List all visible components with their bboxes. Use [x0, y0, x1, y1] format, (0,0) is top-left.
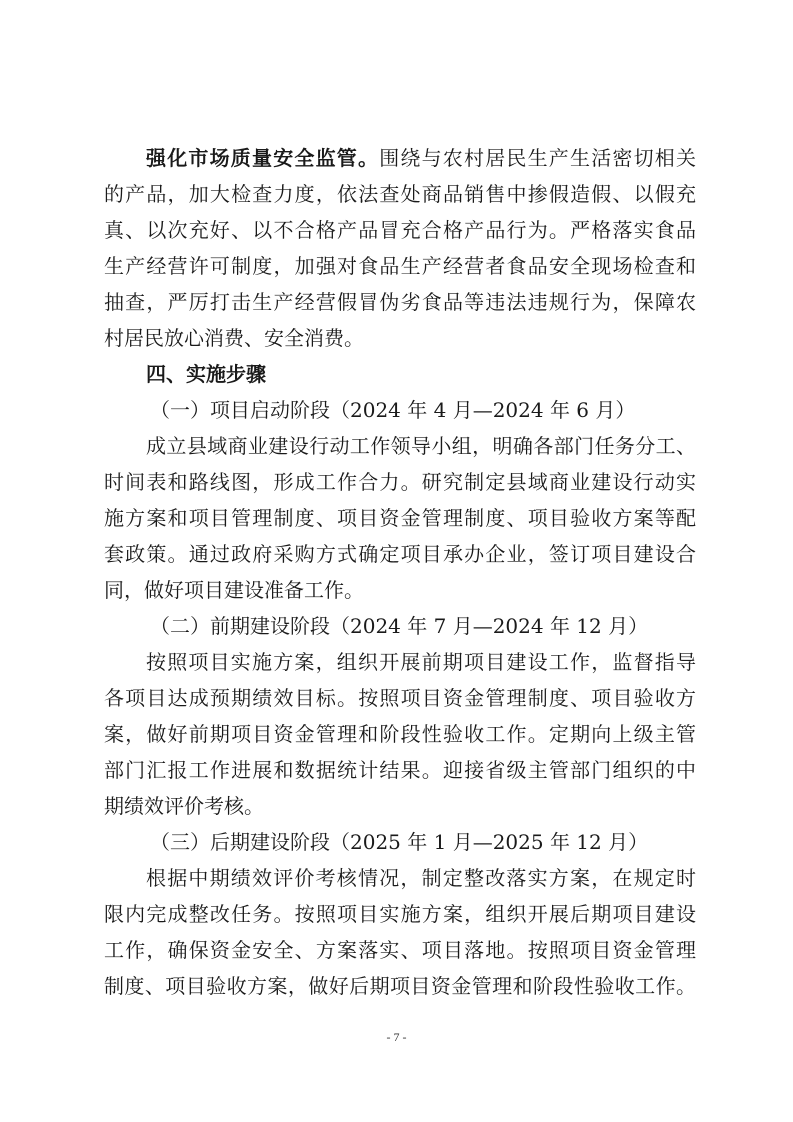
paragraph-line: 时间表和路线图，形成工作合力。研究制定县域商业建设行动实	[104, 464, 696, 500]
paragraph-line: 同，做好项目建设准备工作。	[104, 572, 696, 608]
paragraph-line: 工作，确保资金安全、方案落实、项目落地。按照项目资金管理	[104, 932, 696, 968]
paragraph-line: 的产品，加大检查力度，依法查处商品销售中掺假造假、以假充	[104, 176, 696, 212]
paragraph-line: 套政策。通过政府采购方式确定项目承办企业，签订项目建设合	[104, 536, 696, 572]
paragraph-line: 施方案和项目管理制度、项目资金管理制度、项目验收方案等配	[104, 500, 696, 536]
document-page: 强化市场质量安全监管。围绕与农村居民生产生活密切相关 的产品，加大检查力度，依法…	[0, 0, 793, 1122]
phase-heading: （一）项目启动阶段（2024 年 4 月—2024 年 6 月）	[150, 392, 670, 428]
paragraph-line: 真、以次充好、以不合格产品冒充合格产品行为。严格落实食品	[104, 212, 696, 248]
phase-heading: （二）前期建设阶段（2024 年 7 月—2024 年 12 月）	[150, 608, 670, 644]
paragraph-line: 部门汇报工作进展和数据统计结果。迎接省级主管部门组织的中	[104, 752, 696, 788]
paragraph-line: 强化市场质量安全监管。围绕与农村居民生产生活密切相关	[146, 140, 696, 176]
paragraph-line: 生产经营许可制度，加强对食品生产经营者食品安全现场检查和	[104, 248, 696, 284]
paragraph-line: 村居民放心消费、安全消费。	[104, 320, 696, 356]
section-heading: 四、实施步骤	[146, 356, 696, 392]
paragraph-line: 按照项目实施方案，组织开展前期项目建设工作，监督指导	[146, 644, 696, 680]
paragraph-text: 围绕与农村居民生产生活密切相关	[379, 146, 696, 170]
paragraph-line: 抽查，严厉打击生产经营假冒伪劣食品等违法违规行为，保障农	[104, 284, 696, 320]
paragraph-line: 各项目达成预期绩效目标。按照项目资金管理制度、项目验收方	[104, 680, 696, 716]
paragraph-line: 限内完成整改任务。按照项目实施方案，组织开展后期项目建设	[104, 896, 696, 932]
phase-heading: （三）后期建设阶段（2025 年 1 月—2025 年 12 月）	[150, 824, 670, 860]
paragraph-line: 案，做好前期项目资金管理和阶段性验收工作。定期向上级主管	[104, 716, 696, 752]
paragraph-line: 期绩效评价考核。	[104, 788, 696, 824]
paragraph-line: 制度、项目验收方案，做好后期项目资金管理和阶段性验收工作。	[104, 968, 696, 1004]
paragraph-line: 根据中期绩效评价考核情况，制定整改落实方案，在规定时	[146, 860, 696, 896]
page-number: - 7 -	[0, 1030, 793, 1045]
paragraph-line: 成立县域商业建设行动工作领导小组，明确各部门任务分工、	[146, 428, 696, 464]
paragraph-lead-title: 强化市场质量安全监管。	[146, 146, 379, 170]
